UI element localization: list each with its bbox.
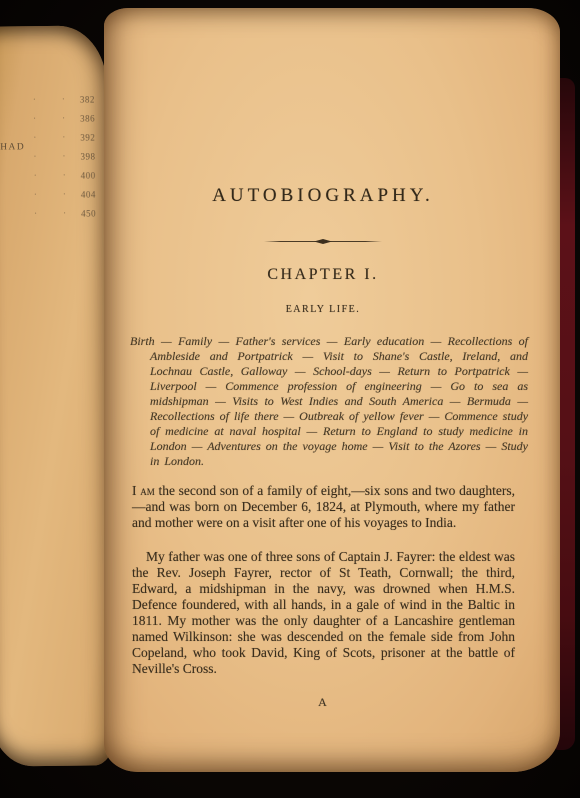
previous-page-edge: SHAD ··382··386··392··398··400··404··450 — [0, 25, 114, 766]
leader-dot: · — [63, 171, 66, 180]
index-row: ··404 — [34, 184, 96, 204]
diamond-icon — [314, 239, 332, 244]
index-page-number: 400 — [78, 170, 96, 180]
leader-dot: · — [62, 114, 65, 123]
leader-dot: · — [62, 133, 65, 142]
leader-dot: · — [62, 95, 65, 104]
index-page-number: 392 — [77, 132, 95, 142]
chapter-heading: CHAPTER I. — [132, 266, 514, 284]
index-row: ··450 — [34, 203, 96, 223]
index-page-number: 450 — [78, 208, 96, 218]
index-row: ··392 — [33, 128, 95, 148]
leader-dot: · — [33, 133, 36, 142]
paragraph-opening: I am — [132, 483, 155, 498]
leader-dot: · — [62, 152, 65, 161]
leader-dot: · — [34, 190, 37, 199]
index-page-number: 382 — [77, 94, 95, 104]
divider-ornament — [132, 238, 514, 245]
signature-mark: A — [132, 695, 514, 710]
section-heading: EARLY LIFE. — [132, 304, 514, 315]
page-title: AUTOBIOGRAPHY. — [132, 185, 514, 207]
book-photo: SHAD ··382··386··392··398··400··404··450… — [0, 0, 580, 798]
paragraph-text: the second son of a family of eight,—six… — [132, 483, 515, 530]
paragraph: I am the second son of a family of eight… — [132, 483, 515, 531]
chapter-synopsis: Birth — Family — Father's services — Ear… — [130, 334, 528, 469]
leader-dot: · — [33, 95, 36, 104]
index-page-number: 398 — [77, 151, 95, 161]
index-row: ··398 — [33, 147, 95, 167]
leader-dot: · — [33, 152, 36, 161]
index-page-number: 386 — [77, 113, 95, 123]
index-row: ··386 — [33, 109, 95, 129]
leader-dot: · — [63, 190, 66, 199]
index-number-column: ··382··386··392··398··400··404··450 — [33, 90, 96, 224]
leader-dot: · — [34, 209, 37, 218]
paragraph: My father was one of three sons of Capta… — [132, 549, 515, 677]
leader-dot: · — [34, 171, 37, 180]
leader-dot: · — [33, 114, 36, 123]
index-page-number: 404 — [78, 189, 96, 199]
marginal-text: SHAD — [0, 142, 25, 152]
book-page: AUTOBIOGRAPHY. CHAPTER I. EARLY LIFE. Bi… — [104, 8, 560, 772]
index-row: ··382 — [33, 90, 95, 110]
leader-dot: · — [63, 209, 66, 218]
index-row: ··400 — [34, 165, 96, 185]
